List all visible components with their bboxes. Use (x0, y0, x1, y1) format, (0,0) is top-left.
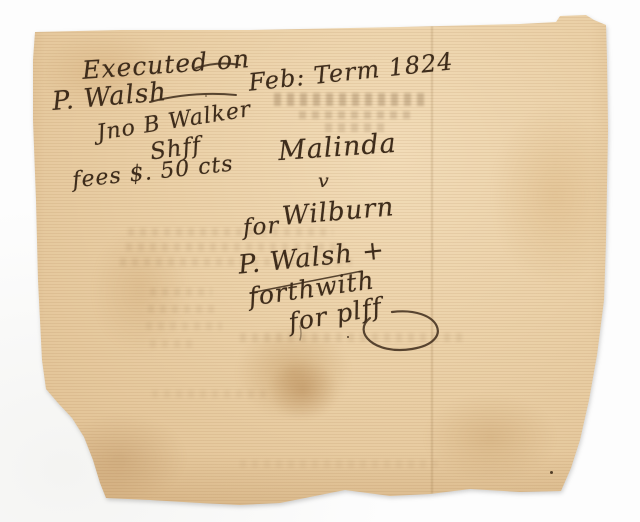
executed-on-line: Executed on (81, 44, 251, 85)
right-edge-shading (590, 0, 640, 522)
stain-blob (236, 325, 351, 420)
printed-bleedthrough-row (146, 322, 222, 330)
printed-bleedthrough-block (272, 93, 424, 106)
fold-crease (431, 26, 433, 494)
scanner-background: Executed on P. Walsh Jno B Walker Shff f… (0, 0, 640, 522)
served-party-line: P. Walsh (51, 77, 168, 117)
bottom-edge-shading (0, 452, 640, 522)
defendant-name: Wilburn (281, 192, 396, 232)
printed-bleedthrough-block (298, 111, 410, 119)
ink-speck (550, 471, 553, 474)
plaintiff-name: Malinda (277, 128, 398, 167)
printed-bleedthrough-row (240, 333, 462, 342)
versus-mark: v (318, 170, 330, 192)
printed-bleedthrough-row (148, 305, 220, 313)
ink-speck (347, 336, 349, 338)
court-term-line: Feb: Term 1824 (247, 47, 455, 96)
paper-document: Executed on P. Walsh Jno B Walker Shff f… (0, 0, 640, 522)
paper-wrapper: Executed on P. Walsh Jno B Walker Shff f… (0, 0, 640, 522)
left-edge-shading (0, 0, 45, 522)
printed-bleedthrough-row (152, 390, 272, 398)
ink-speck (205, 95, 207, 97)
stain-blob (95, 230, 185, 350)
for-word: for (242, 213, 280, 241)
stain-blob (268, 360, 338, 420)
printed-bleedthrough-row (150, 340, 194, 348)
printed-bleedthrough-row (150, 288, 212, 296)
